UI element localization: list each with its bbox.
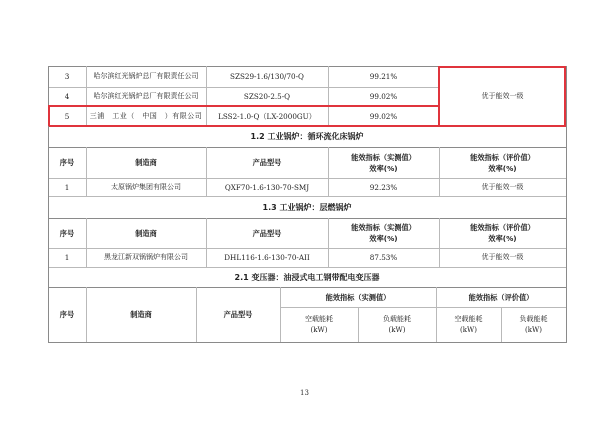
header-rated-line1: 能效指标（评价值） bbox=[470, 222, 535, 233]
unit-label: (kW) bbox=[460, 325, 477, 336]
unit-label: (kW) bbox=[525, 325, 542, 336]
header-index: 序号 bbox=[48, 287, 86, 342]
measured-value-cell: 99.02% bbox=[328, 87, 439, 106]
header-measured-line2: 效率(%) bbox=[369, 233, 397, 244]
manufacturer-cell: 哈尔滨红光锅炉总厂有限责任公司 bbox=[86, 66, 206, 87]
divider bbox=[566, 196, 567, 267]
section-title: 1.2 工业锅炉：循环流化床锅炉 bbox=[48, 126, 566, 147]
row-index: 3 bbox=[48, 66, 86, 87]
header-measured-group: 能效指标（实测值） bbox=[280, 287, 436, 307]
section-title: 1.3 工业锅炉：层燃锅炉 bbox=[48, 196, 566, 218]
header-rated-group: 能效指标（评价值） bbox=[436, 287, 566, 307]
header-rated-line1: 能效指标（评价值） bbox=[470, 152, 535, 163]
measured-value-cell: 92.23% bbox=[328, 178, 439, 196]
header-index: 序号 bbox=[48, 218, 86, 248]
header-rated-line2: 效率(%) bbox=[488, 163, 516, 174]
header-rated: 能效指标（评价值） 效率(%) bbox=[439, 218, 566, 248]
highlight-box-row-5 bbox=[48, 105, 440, 127]
header-measured-line1: 能效指标（实测值） bbox=[351, 152, 416, 163]
manufacturer-cell: 黑龙江新双锅锅炉有限公司 bbox=[86, 248, 206, 267]
highlight-box-rated bbox=[438, 66, 566, 127]
header-measured: 能效指标（实测值） 效率(%) bbox=[328, 218, 439, 248]
measured-value-cell: 99.21% bbox=[328, 66, 439, 87]
header-measured-no-load: 空载能耗 (kW) bbox=[280, 307, 358, 342]
section-title: 2.1 变压器：油浸式电工钢带配电变压器 bbox=[48, 267, 566, 287]
page-number: 13 bbox=[300, 389, 309, 397]
header-rated-load: 负载能耗 (kW) bbox=[501, 307, 566, 342]
rated-value-cell: 优于能效一级 bbox=[439, 248, 566, 267]
header-measured-line1: 能效指标（实测值） bbox=[351, 222, 416, 233]
manufacturer-cell: 哈尔滨红光锅炉总厂有限责任公司 bbox=[86, 87, 206, 106]
rated-value-cell: 优于能效一级 bbox=[439, 178, 566, 196]
unit-label: (kW) bbox=[389, 325, 406, 336]
header-manufacturer: 制造商 bbox=[86, 147, 206, 178]
divider bbox=[566, 66, 567, 126]
header-model: 产品型号 bbox=[196, 287, 280, 342]
measured-value-cell: 87.53% bbox=[328, 248, 439, 267]
header-rated-line2: 效率(%) bbox=[488, 233, 516, 244]
no-load-label: 空载能耗 bbox=[455, 314, 483, 325]
model-cell: SZS20-2.5-Q bbox=[206, 87, 328, 106]
header-measured: 能效指标（实测值） 效率(%) bbox=[328, 147, 439, 178]
divider bbox=[566, 126, 567, 196]
manufacturer-cell: 太原锅炉集团有限公司 bbox=[86, 178, 206, 196]
load-label: 负载能耗 bbox=[520, 314, 548, 325]
row-index: 1 bbox=[48, 248, 86, 267]
row-index: 4 bbox=[48, 87, 86, 106]
header-rated-no-load: 空载能耗 (kW) bbox=[436, 307, 501, 342]
divider bbox=[566, 267, 567, 343]
header-measured-load: 负载能耗 (kW) bbox=[358, 307, 436, 342]
model-cell: SZS29-1.6/130/70-Q bbox=[206, 66, 328, 87]
header-rated: 能效指标（评价值） 效率(%) bbox=[439, 147, 566, 178]
model-cell: DHL116-1.6-130-70-AII bbox=[206, 248, 328, 267]
header-manufacturer: 制造商 bbox=[86, 218, 206, 248]
header-model: 产品型号 bbox=[206, 218, 328, 248]
header-model: 产品型号 bbox=[206, 147, 328, 178]
header-index: 序号 bbox=[48, 147, 86, 178]
row-index: 1 bbox=[48, 178, 86, 196]
load-label: 负载能耗 bbox=[383, 314, 411, 325]
divider bbox=[48, 342, 566, 343]
model-cell: QXF70-1.6-130-70-SMJ bbox=[206, 178, 328, 196]
header-manufacturer: 制造商 bbox=[86, 287, 196, 342]
header-measured-line2: 效率(%) bbox=[369, 163, 397, 174]
no-load-label: 空载能耗 bbox=[305, 314, 333, 325]
unit-label: (kW) bbox=[311, 325, 328, 336]
